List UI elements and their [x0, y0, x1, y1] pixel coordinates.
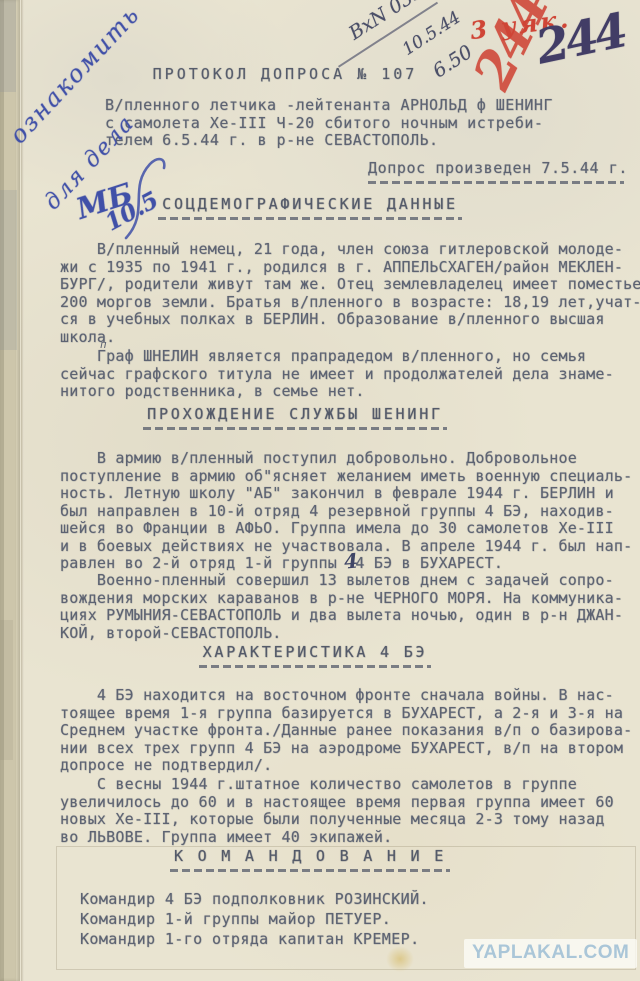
- typed-line: вождения морских караванов в р-не ЧЕРНОГ…: [60, 590, 623, 608]
- typed-dash-underline: [199, 665, 431, 668]
- typed-line: новых Хе-III, которые были полученные ме…: [60, 811, 614, 829]
- interrogation-date-line: Допрос произведен 7.5.44 г.: [368, 160, 628, 184]
- paragraph-biography-1: В/пленный немец, 21 года, член союза гит…: [60, 241, 640, 346]
- paragraph-squadron-1: 4 БЭ находится на восточном фронте снача…: [60, 687, 632, 775]
- section-heading-text: СОЦДЕМОГРАФИЧЕСКИЕ ДАННЫЕ: [162, 195, 458, 213]
- paragraph-biography-2: Граф ШНЕЛИН является прапрадедом в/пленн…: [60, 348, 614, 401]
- interrogation-date-text: Допрос произведен 7.5.44 г.: [368, 160, 628, 178]
- paragraph-service-2: Военно-пленный совершил 13 вылетов днем …: [60, 572, 623, 642]
- section-heading-text: К О М А Н Д О В А Н И Е: [174, 847, 446, 865]
- typed-line: нитого родственника, в семье нет.: [60, 383, 614, 401]
- typed-line: ся в учебных полках в БЕРЛИН. Образовани…: [60, 311, 640, 329]
- typed-line: 200 моргов земли. Братья в/пленного в во…: [60, 294, 640, 312]
- scanned-interrogation-protocol: ПРОТОКОЛ ДОПРОСА № 107 В/пленного летчик…: [0, 0, 640, 981]
- handwritten-inserted-number: 4: [343, 548, 359, 573]
- edge-ghost-mark: [0, 190, 17, 350]
- typed-line: Командир 1-го отряда капитан КРЕМЕР.: [80, 930, 429, 950]
- section-heading-text: ПРОХОЖДЕНИЕ СЛУЖБЫ ШЕНИНГ: [147, 405, 443, 423]
- typed-line: увеличилось до 60 и в настоящее время пе…: [60, 794, 614, 812]
- typed-dash-underline: [368, 181, 624, 184]
- typed-line: сейчас графского титула не имеет и продо…: [60, 366, 614, 384]
- typed-line: КОЙ, второй-СЕВАСТОПОЛЬ.: [60, 625, 623, 643]
- site-watermark: YAPLAKAL.COM: [464, 939, 637, 968]
- typed-line: допросе не подтвердил/.: [60, 757, 632, 775]
- typed-dash-underline: [170, 869, 450, 872]
- typed-line: тоящее время 1-я группа базируется в БУХ…: [60, 705, 632, 723]
- edge-ghost-mark: [0, 620, 13, 760]
- typed-line: во ЛЬВОВЕ. Группа имеет 40 экипажей.: [60, 829, 614, 847]
- typed-line: Командир 4 БЭ подполковник РОЗИНСКИЙ.: [80, 890, 429, 910]
- typed-line: с самолета Хе-III Ч-20 сбитого ночным ис…: [105, 115, 553, 133]
- typed-line: Военно-пленный совершил 13 вылетов днем …: [60, 572, 623, 590]
- typed-line: циях РУМЫНИЯ-СЕВАСТОПОЛЬ и два вылета но…: [60, 607, 623, 625]
- typed-line: Граф ШНЕЛИН является прапрадедом в/пленн…: [60, 348, 614, 366]
- typed-line: телем 6.5.44 г. в р-не СЕВАСТОПОЛЬ.: [105, 132, 553, 150]
- section-heading-command: К О М А Н Д О В А Н И Е: [60, 848, 624, 872]
- typed-line: школа.: [60, 329, 640, 347]
- paragraph-squadron-2: С весны 1944 г.штатное количество самоле…: [60, 776, 614, 846]
- typed-correction-mark: п: [100, 338, 107, 351]
- typed-line: БУРГ/, родители живут там же. Отец земле…: [60, 276, 640, 294]
- typed-line: поступление в армию об"ясняет желанием и…: [60, 468, 632, 486]
- typed-dash-underline: [143, 427, 448, 430]
- typed-line: Среднем участке фронта./Данные ранее пок…: [60, 722, 632, 740]
- paragraph-commanders: Командир 4 БЭ подполковник РОЗИНСКИЙ.Ком…: [80, 890, 429, 949]
- section-heading-service: ПРОХОЖДЕНИЕ СЛУЖБЫ ШЕНИНГ: [60, 406, 624, 430]
- margin-ink-flourish: [120, 148, 172, 248]
- typed-line: нии всех трех групп 4 БЭ на аэродроме БУ…: [60, 740, 632, 758]
- typed-line: В армию в/пленный поступил добровольно. …: [60, 450, 632, 468]
- typed-line: В/пленного летчика -лейтенанта АРНОЛЬД ф…: [105, 97, 553, 115]
- typed-line: С весны 1944 г.штатное количество самоле…: [60, 776, 614, 794]
- typed-line: жи с 1935 по 1941 г., родился в г. АППЕЛ…: [60, 259, 640, 277]
- section-heading-text: ХАРАКТЕРИСТИКА 4 БЭ: [203, 643, 428, 661]
- section-heading-squadron: ХАРАКТЕРИСТИКА 4 БЭ: [60, 644, 624, 668]
- paper-stain: [386, 946, 414, 972]
- typed-line: шейся во Франции в АФЬО. Группа имела до…: [60, 520, 632, 538]
- typed-line: Командир 1-й группы майор ПЕТУЕР.: [80, 910, 429, 930]
- typed-line: был направлен в 10-й отряд 4 резервной г…: [60, 503, 632, 521]
- page-edge-strip: [0, 0, 20, 981]
- typed-line: 4 БЭ находится на восточном фронте снача…: [60, 687, 632, 705]
- typed-dash-underline: [158, 217, 463, 220]
- intro-paragraph: В/пленного летчика -лейтенанта АРНОЛЬД ф…: [105, 97, 553, 150]
- typed-line: ность. Летную школу "АБ" закончил в февр…: [60, 485, 632, 503]
